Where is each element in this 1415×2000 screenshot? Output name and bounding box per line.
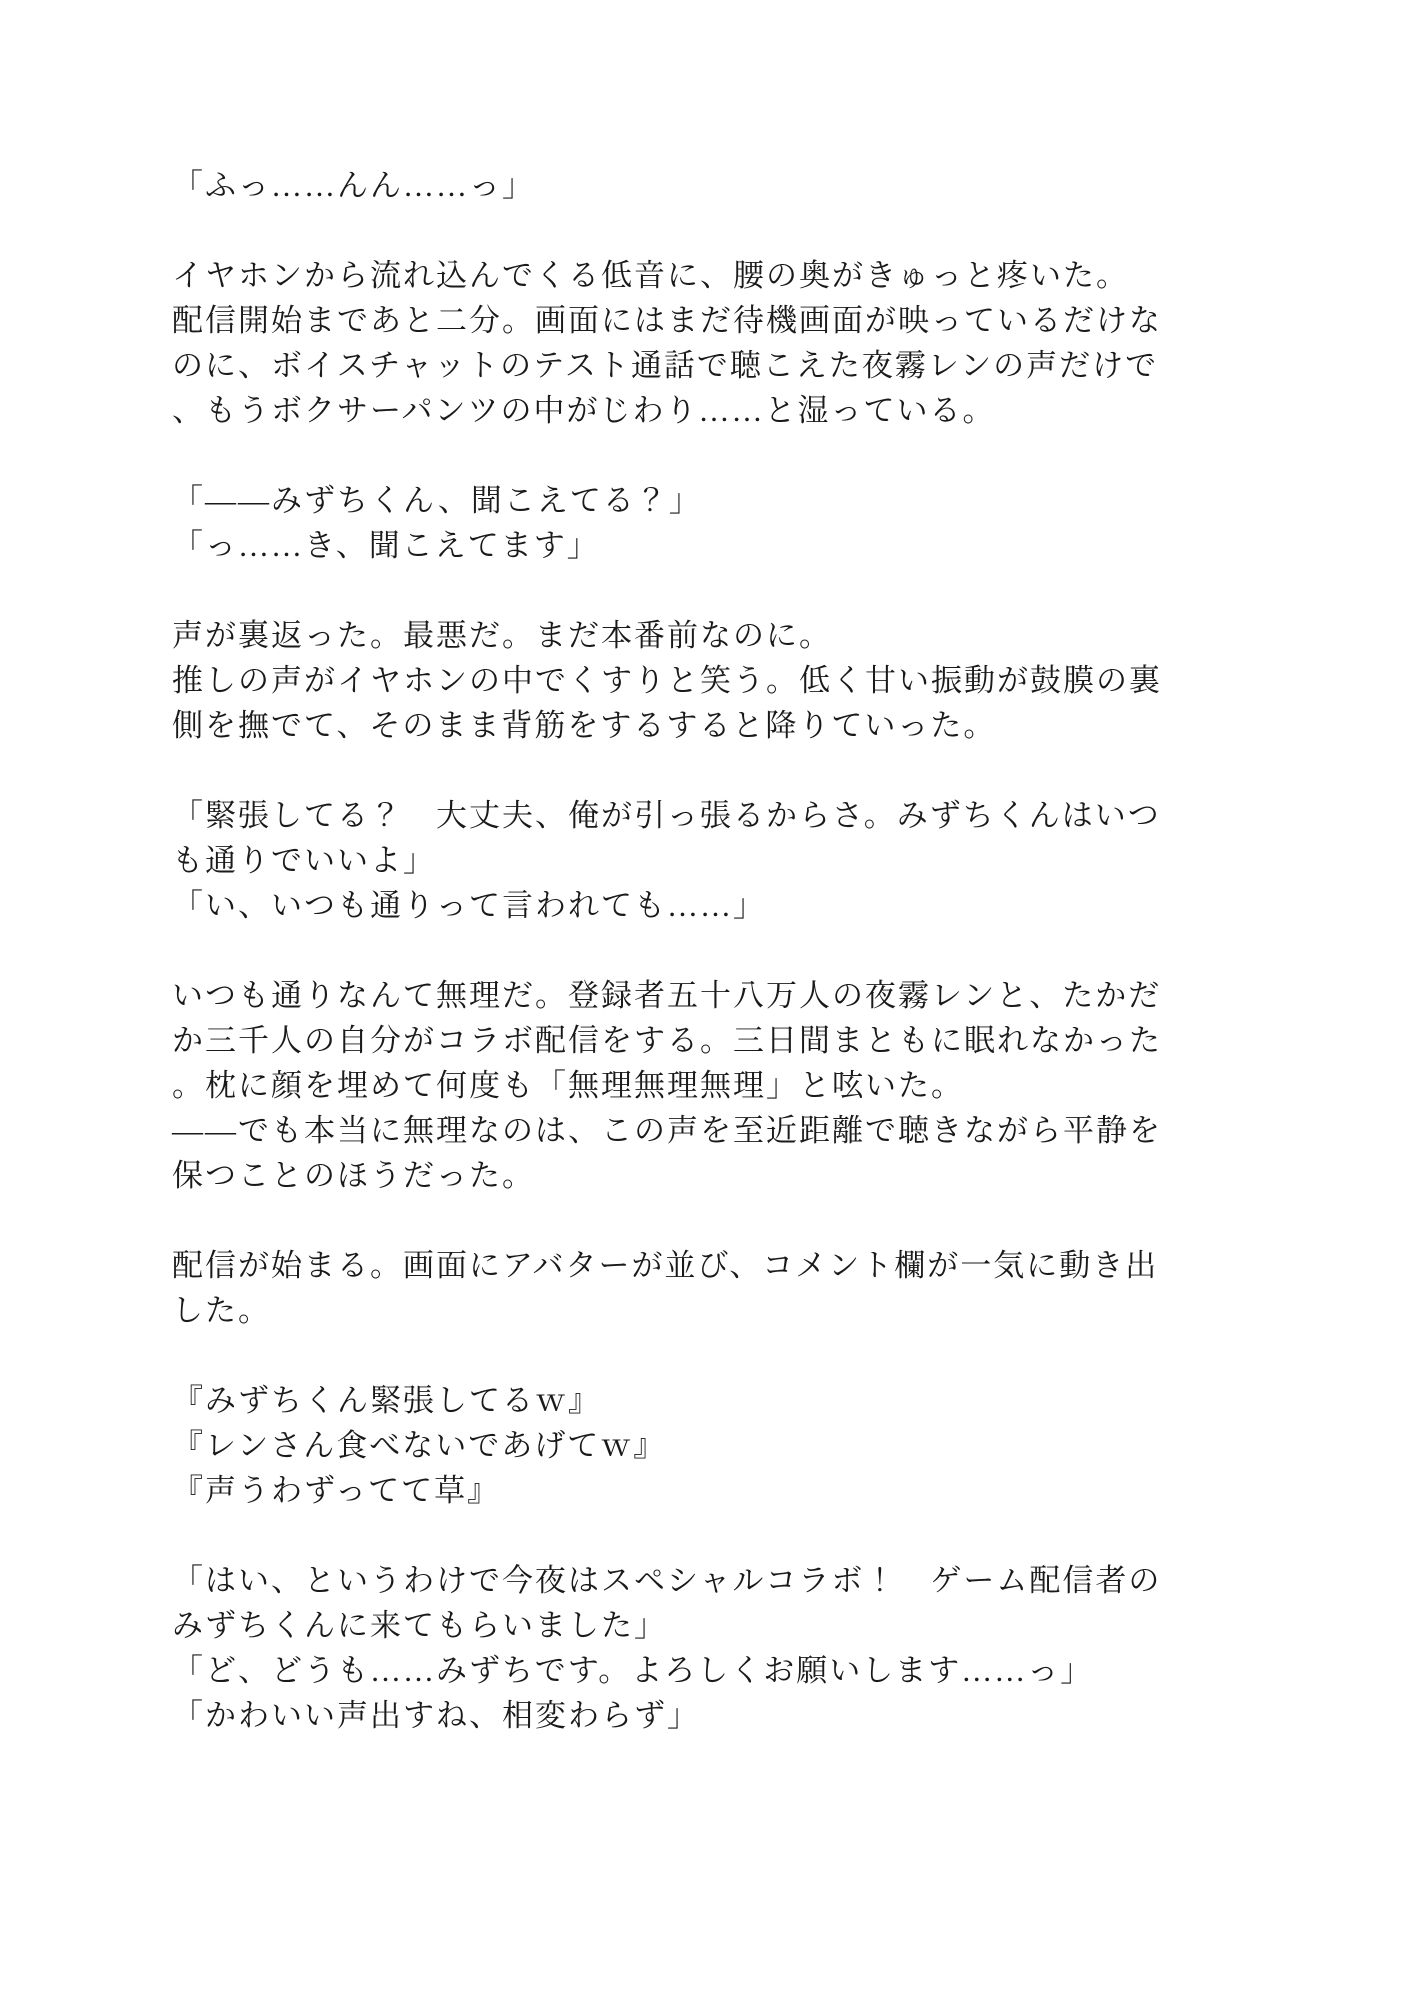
text-line: 「かわいい声出すね、相変わらず」 <box>172 1693 1182 1738</box>
text-line: 配信が始まる。画面にアバターが並び、コメント欄が一気に動き出 <box>172 1243 1182 1288</box>
text-line: いつも通りなんて無理だ。登録者五十八万人の夜霧レンと、たかだ <box>172 973 1182 1018</box>
text-line: 「ふっ……んん……っ」 <box>172 163 1182 208</box>
document-page: 「ふっ……んん……っ」イヤホンから流れ込んでくる低音に、腰の奥がきゅっと疼いた。… <box>0 0 1415 2000</box>
text-line: 『みずちくん緊張してるｗ』 <box>172 1378 1182 1423</box>
text-line: 声が裏返った。最悪だ。まだ本番前なのに。 <box>172 613 1182 658</box>
text-line: みずちくんに来てもらいました」 <box>172 1603 1182 1648</box>
text-line: 「ど、どうも……みずちです。よろしくお願いします……っ」 <box>172 1648 1182 1693</box>
text-line: か三千人の自分がコラボ配信をする。三日間まともに眠れなかった <box>172 1018 1182 1063</box>
dialogue-block: 「はい、というわけで今夜はスペシャルコラボ！ ゲーム配信者のみずちくんに来てもら… <box>172 1558 1182 1738</box>
text-line: 推しの声がイヤホンの中でくすりと笑う。低く甘い振動が鼓膜の裏 <box>172 658 1182 703</box>
text-line: した。 <box>172 1288 1182 1333</box>
text-line: 、もうボクサーパンツの中がじわり……と湿っている。 <box>172 388 1182 433</box>
text-line: 「――みずちくん、聞こえてる？」 <box>172 478 1182 523</box>
text-line: 「はい、というわけで今夜はスペシャルコラボ！ ゲーム配信者の <box>172 1558 1182 1603</box>
text-line: のに、ボイスチャットのテスト通話で聴こえた夜霧レンの声だけで <box>172 343 1182 388</box>
text-line: 保つことのほうだった。 <box>172 1153 1182 1198</box>
narration-block: いつも通りなんて無理だ。登録者五十八万人の夜霧レンと、たかだか三千人の自分がコラ… <box>172 973 1182 1198</box>
text-line: 『声うわずってて草』 <box>172 1468 1182 1513</box>
dialogue-block: 「――みずちくん、聞こえてる？」「っ……き、聞こえてます」 <box>172 478 1182 568</box>
dialogue-block: 「緊張してる？ 大丈夫、俺が引っ張るからさ。みずちくんはいつも通りでいいよ」「い… <box>172 793 1182 928</box>
text-line: 。枕に顔を埋めて何度も「無理無理無理」と呟いた。 <box>172 1063 1182 1108</box>
text-line: 側を撫でて、そのまま背筋をするすると降りていった。 <box>172 703 1182 748</box>
narration-block: イヤホンから流れ込んでくる低音に、腰の奥がきゅっと疼いた。配信開始まであと二分。… <box>172 253 1182 433</box>
dialogue-block: 「ふっ……んん……っ」 <box>172 163 1182 208</box>
text-line: 『レンさん食べないであげてｗ』 <box>172 1423 1182 1468</box>
text-line: 「い、いつも通りって言われても……」 <box>172 883 1182 928</box>
text-line: も通りでいいよ」 <box>172 838 1182 883</box>
text-line: ――でも本当に無理なのは、この声を至近距離で聴きながら平静を <box>172 1108 1182 1153</box>
text-line: イヤホンから流れ込んでくる低音に、腰の奥がきゅっと疼いた。 <box>172 253 1182 298</box>
comments-block: 『みずちくん緊張してるｗ』『レンさん食べないであげてｗ』『声うわずってて草』 <box>172 1378 1182 1513</box>
text-line: 配信開始まであと二分。画面にはまだ待機画面が映っているだけな <box>172 298 1182 343</box>
narration-block: 声が裏返った。最悪だ。まだ本番前なのに。推しの声がイヤホンの中でくすりと笑う。低… <box>172 613 1182 748</box>
text-column: 「ふっ……んん……っ」イヤホンから流れ込んでくる低音に、腰の奥がきゅっと疼いた。… <box>172 163 1182 1738</box>
text-line: 「っ……き、聞こえてます」 <box>172 523 1182 568</box>
narration-block: 配信が始まる。画面にアバターが並び、コメント欄が一気に動き出した。 <box>172 1243 1182 1333</box>
text-line: 「緊張してる？ 大丈夫、俺が引っ張るからさ。みずちくんはいつ <box>172 793 1182 838</box>
